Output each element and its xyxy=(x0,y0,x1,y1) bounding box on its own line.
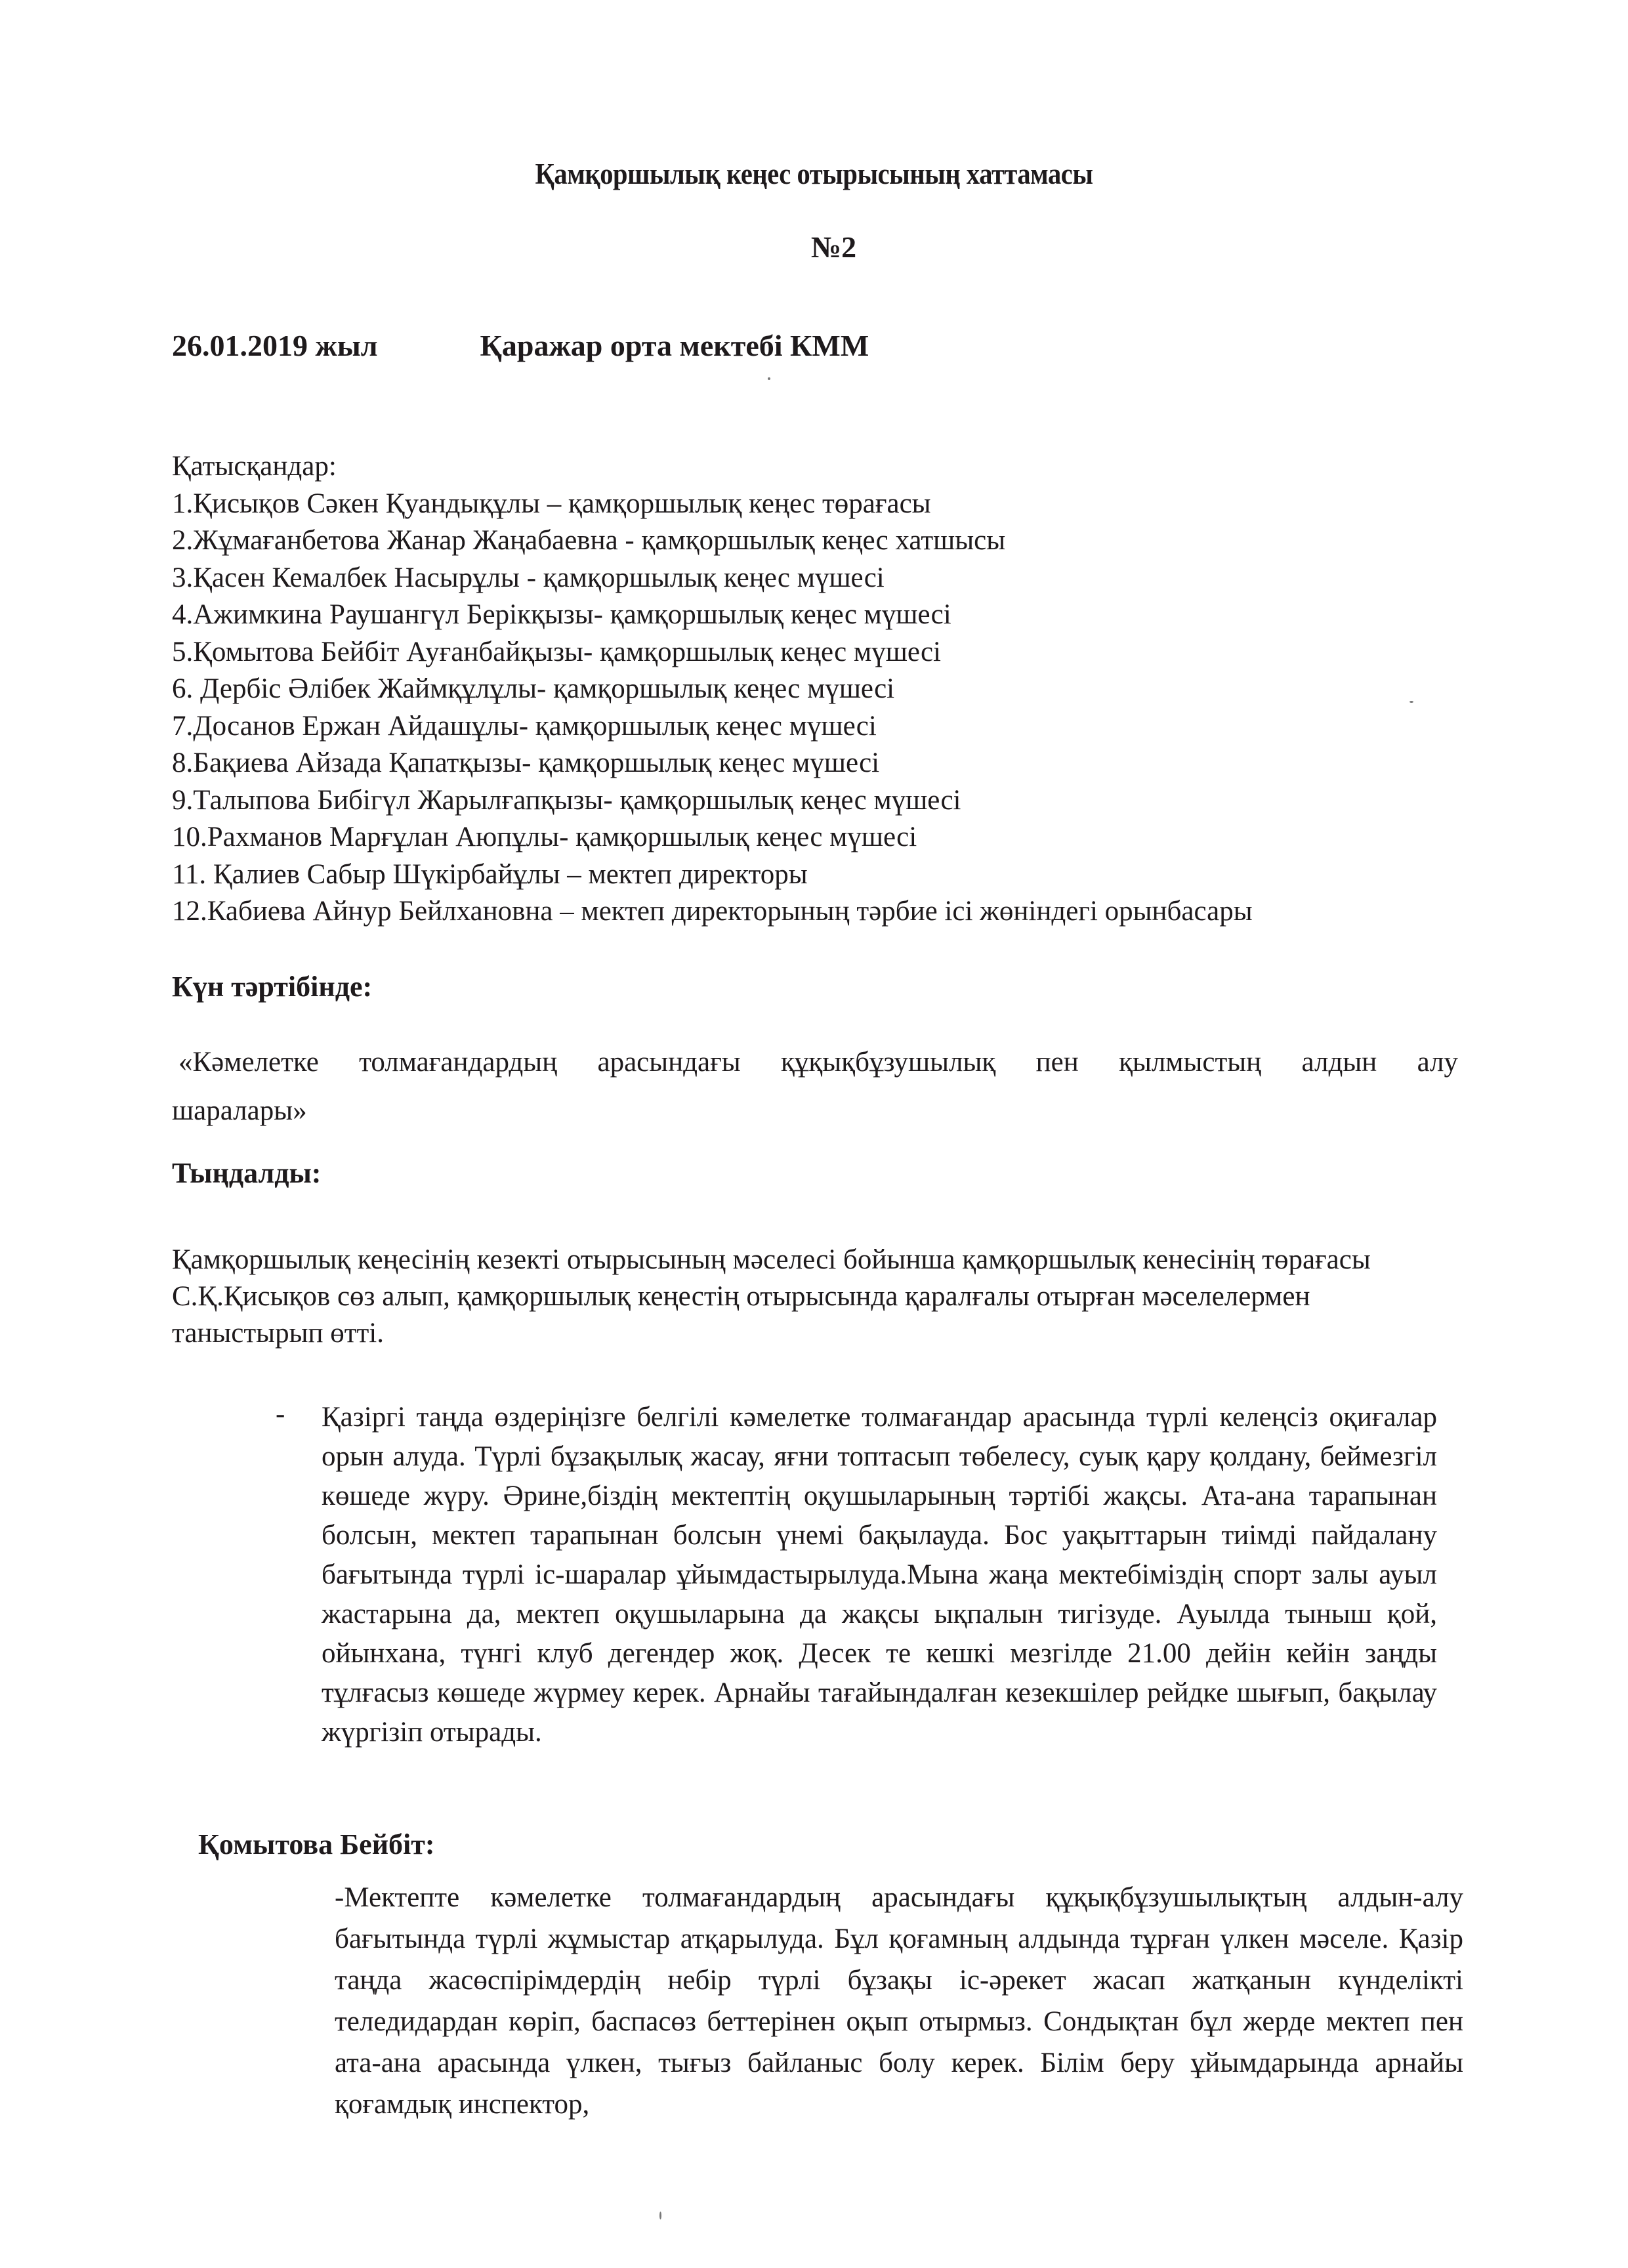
speaker-paragraph: -Мектепте кәмелетке толмағандардың арасы… xyxy=(335,1877,1463,2125)
participant-item: 3.Қасен Кемалбек Насырұлы - қамқоршылық … xyxy=(172,560,1253,597)
participant-item: 4.Ажимкина Раушангүл Берікқызы- қамқоршы… xyxy=(172,597,1253,634)
bullet-paragraph: Қазіргі таңда өздеріңізге белгілі кәмеле… xyxy=(322,1398,1437,1752)
document-title: Қамқоршылық кеңес отырысының хаттамасы xyxy=(98,156,1530,191)
agenda-line-2: шаралары» xyxy=(172,1087,1458,1135)
scanned-document-page: Қамқоршылық кеңес отырысының хаттамасы №… xyxy=(0,0,1628,2268)
organization-name: Қаражар орта мектебі КММ xyxy=(480,328,869,363)
agenda-text: «Кәмелетке толмағандардың арасындағы құқ… xyxy=(172,1038,1458,1135)
date-organization-line: 26.01.2019 жыл Қаражар орта мектебі КММ xyxy=(172,328,869,363)
scan-speck xyxy=(659,2212,661,2219)
participant-item: 12.Кабиева Айнур Бейлхановна – мектеп ди… xyxy=(172,893,1253,931)
participants-heading: Қатысқандар: xyxy=(172,448,1253,486)
speaker-name: Қомытова Бейбіт: xyxy=(198,1828,435,1861)
agenda-heading: Күн тәртібінде: xyxy=(172,970,372,1003)
agenda-line-1: «Кәмелетке толмағандардың арасындағы құқ… xyxy=(172,1038,1458,1087)
participants-list: Қатысқандар: 1.Қисықов Сәкен Қуандықұлы … xyxy=(172,448,1253,931)
participant-item: 11. Қалиев Сабыр Шүкірбайұлы – мектеп ди… xyxy=(172,856,1253,894)
participant-item: 8.Бақиева Айзада Қапатқызы- қамқоршылық … xyxy=(172,745,1253,782)
bullet-dash: - xyxy=(276,1398,285,1430)
scan-speck xyxy=(1409,701,1413,703)
participant-item: 5.Қомытова Бейбіт Ауғанбайқызы- қамқоршы… xyxy=(172,634,1253,671)
participant-item: 7.Досанов Ержан Айдашұлы- қамқоршылық ке… xyxy=(172,708,1253,745)
protocol-number: №2 xyxy=(0,230,1628,264)
participant-item: 2.Жұмағанбетова Жанар Жаңабаевна - қамқо… xyxy=(172,522,1253,560)
participant-item: 10.Рахманов Марғұлан Аюпұлы- қамқоршылық… xyxy=(172,819,1253,856)
participant-item: 6. Дербіс Әлібек Жаймқұлұлы- қамқоршылық… xyxy=(172,671,1253,708)
participant-item: 1.Қисықов Сәкен Қуандықұлы – қамқоршылық… xyxy=(172,486,1253,523)
heard-paragraph: Қамқоршылық кеңесінің кезекті отырысының… xyxy=(172,1242,1458,1352)
scan-speck xyxy=(768,377,770,380)
heard-heading: Тыңдалды: xyxy=(172,1156,321,1190)
meeting-date: 26.01.2019 жыл xyxy=(172,328,472,363)
participant-item: 9.Талыпова Бибігүл Жарылғапқызы- қамқорш… xyxy=(172,782,1253,820)
